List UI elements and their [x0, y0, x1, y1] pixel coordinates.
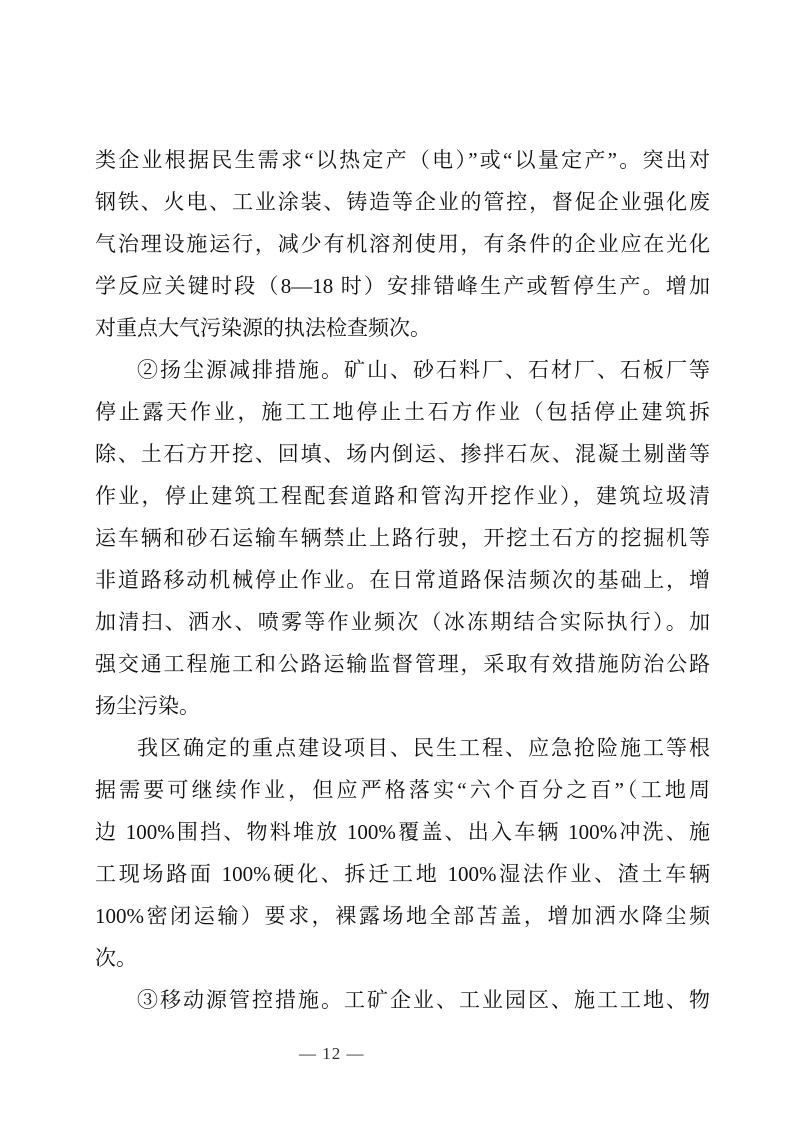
text-line: 类企业根据民生需求“以热定产（电）”或“以量定产”。突出对 [95, 139, 710, 181]
document-body: 类企业根据民生需求“以热定产（电）”或“以量定产”。突出对钢铁、火电、工业涂装、… [95, 139, 710, 1021]
text-line: 强交通工程施工和公路运输监督管理，采取有效措施防治公路 [95, 643, 710, 685]
para-industrial-peak-shifting-continued: 类企业根据民生需求“以热定产（电）”或“以量定产”。突出对钢铁、火电、工业涂装、… [95, 139, 710, 349]
text-line: 工现场路面 100%硬化、拆迁工地 100%湿法作业、渣土车辆 [95, 853, 710, 895]
text-line: 扬尘污染。 [95, 685, 710, 727]
text-line: 次。 [95, 937, 710, 979]
para-dust-source-reduction-measures: ②扬尘源减排措施。矿山、砂石料厂、石材厂、石板厂等停止露天作业，施工工地停止土石… [95, 349, 710, 727]
text-line: 钢铁、火电、工业涂装、铸造等企业的管控，督促企业强化废 [95, 181, 710, 223]
document-page: 类企业根据民生需求“以热定产（电）”或“以量定产”。突出对钢铁、火电、工业涂装、… [0, 0, 793, 1122]
text-line: ③移动源管控措施。工矿企业、工业园区、施工工地、物 [95, 979, 710, 1021]
text-line: 我区确定的重点建设项目、民生工程、应急抢险施工等根 [95, 727, 710, 769]
text-line: 运车辆和砂石运输车辆禁止上路行驶，开挖土石方的挖掘机等 [95, 517, 710, 559]
text-line: 边 100%围挡、物料堆放 100%覆盖、出入车辆 100%冲洗、施 [95, 811, 710, 853]
text-line: 加清扫、洒水、喷雾等作业频次（冰冻期结合实际执行）。加 [95, 601, 710, 643]
text-line: 气治理设施运行，减少有机溶剂使用，有条件的企业应在光化 [95, 223, 710, 265]
para-mobile-source-control-measures: ③移动源管控措施。工矿企业、工业园区、施工工地、物 [95, 979, 710, 1021]
text-line: 停止露天作业，施工工地停止土石方作业（包括停止建筑拆 [95, 391, 710, 433]
text-line: ②扬尘源减排措施。矿山、砂石料厂、石材厂、石板厂等 [95, 349, 710, 391]
text-line: 据需要可继续作业，但应严格落实“六个百分之百”（工地周 [95, 769, 710, 811]
text-line: 对重点大气污染源的执法检查频次。 [95, 307, 710, 349]
para-key-project-exceptions: 我区确定的重点建设项目、民生工程、应急抢险施工等根据需要可继续作业，但应严格落实… [95, 727, 710, 979]
text-line: 100%密闭运输）要求，裸露场地全部苫盖，增加洒水降尘频 [95, 895, 710, 937]
page-number: — 12 — [299, 1043, 365, 1065]
text-line: 作业，停止建筑工程配套道路和管沟开挖作业），建筑垃圾清 [95, 475, 710, 517]
text-line: 除、土石方开挖、回填、场内倒运、掺拌石灰、混凝土剔凿等 [95, 433, 710, 475]
text-line: 学反应关键时段（8—18 时）安排错峰生产或暂停生产。增加 [95, 265, 710, 307]
text-line: 非道路移动机械停止作业。在日常道路保洁频次的基础上，增 [95, 559, 710, 601]
